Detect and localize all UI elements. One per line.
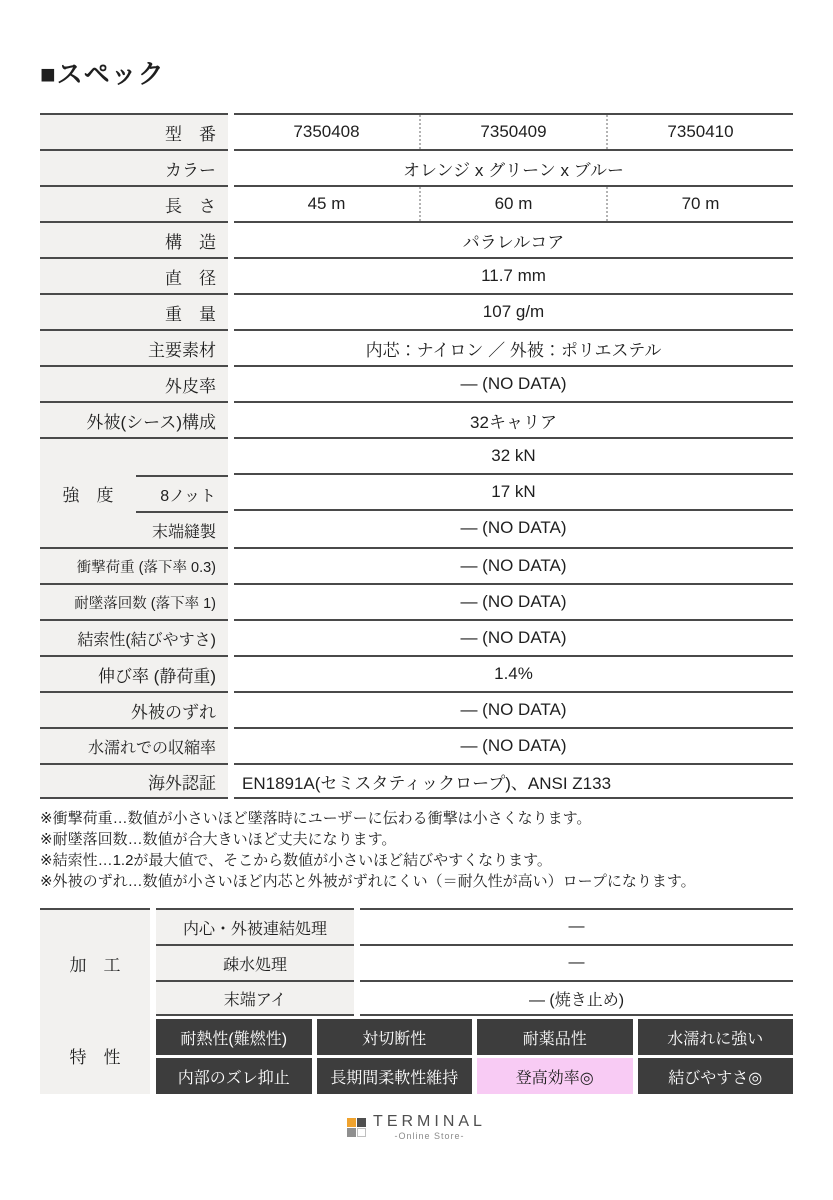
spec-page: ■スペック 型 番 7350408 7350409 7350410 カラー オレ… (0, 0, 833, 1200)
row-value: 11.7 mm (234, 257, 793, 293)
strength-value: 17 kN (234, 473, 793, 509)
feature-chip: 水濡れに強い (638, 1019, 794, 1055)
row-label: 外皮率 (40, 365, 228, 401)
row-value: — (焼き止め) (360, 980, 793, 1016)
footnote-line: ※外被のずれ…数値が小さいほど内芯と外被がずれにくい（＝耐久性が高い）ロープにな… (40, 871, 793, 892)
logo-square-white (357, 1128, 366, 1137)
processing-rows: 内心・外被連結処理 — 疎水処理 — 末端アイ — (焼き止め) (156, 908, 793, 1016)
table-row: 外被のずれ — (NO DATA) (40, 691, 793, 727)
brand-name: TERMINAL (373, 1114, 486, 1130)
row-value: — (360, 944, 793, 980)
row-label: 末端アイ (156, 980, 354, 1016)
table-row: 伸び率 (静荷重) 1.4% (40, 655, 793, 691)
row-label: 強 度 (40, 439, 136, 547)
processing-features-table: 加 工 内心・外被連結処理 — 疎水処理 — 末端アイ — (焼き止め) (40, 908, 793, 1094)
feature-chip: 耐薬品性 (477, 1019, 633, 1055)
spec-table: 型 番 7350408 7350409 7350410 カラー オレンジ x グ… (40, 113, 793, 799)
row-label: 外被のずれ (40, 691, 228, 727)
row-label: 内心・外被連結処理 (156, 908, 354, 944)
features-grid: 耐熱性(難燃性) 対切断性 耐薬品性 水濡れに強い 内部のズレ抑止 長期間柔軟性… (156, 1016, 793, 1094)
row-label: 重 量 (40, 293, 228, 329)
brand-tagline: -Online Store- (373, 1131, 486, 1141)
feature-chip: 耐熱性(難燃性) (156, 1019, 312, 1055)
table-row: カラー オレンジ x グリーン x ブルー (40, 149, 793, 185)
footnote-line: ※耐墜落回数…数値が合大きいほど丈夫になります。 (40, 829, 793, 850)
table-row: 直 径 11.7 mm (40, 257, 793, 293)
table-row: 主要素材 内芯：ナイロン ／ 外被：ポリエステル (40, 329, 793, 365)
row-value: パラレルコア (234, 221, 793, 257)
row-label: 外被(シース)構成 (40, 401, 228, 437)
logo-square-orange (347, 1118, 356, 1127)
footer: TERMINAL -Online Store- (40, 1114, 793, 1141)
table-row: 型 番 7350408 7350409 7350410 (40, 113, 793, 149)
strength-label-block: 強 度 8ノット 末端縫製 (40, 437, 228, 547)
row-value: EN1891A(セミスタティックロープ)、ANSI Z133 (234, 763, 793, 799)
row-values: 45 m 60 m 70 m (234, 185, 793, 221)
feature-chip: 長期間柔軟性維持 (317, 1058, 473, 1094)
table-row: 水濡れでの収縮率 — (NO DATA) (40, 727, 793, 763)
table-row: 長 さ 45 m 60 m 70 m (40, 185, 793, 221)
row-value: — (NO DATA) (234, 547, 793, 583)
row-label: 直 径 (40, 257, 228, 293)
row-label: 耐墜落回数 (落下率 1) (40, 583, 228, 619)
row-label: 型 番 (40, 113, 228, 149)
row-value: — (NO DATA) (234, 583, 793, 619)
footnotes: ※衝撃荷重…数値が小さいほど墜落時にユーザーに伝わる衝撃は小さくなります。 ※耐… (40, 808, 793, 892)
table-row: 構 造 パラレルコア (40, 221, 793, 257)
row-label: 海外認証 (40, 763, 228, 799)
model-number-cell: 7350409 (419, 115, 606, 149)
strength-value: — (NO DATA) (234, 509, 793, 545)
table-row: 外被(シース)構成 32キャリア (40, 401, 793, 437)
row-label: 水濡れでの収縮率 (40, 727, 228, 763)
row-label: カラー (40, 149, 228, 185)
strength-value: 32 kN (234, 437, 793, 473)
row-value: 107 g/m (234, 293, 793, 329)
logo-square-dark (357, 1118, 366, 1127)
processing-section: 加 工 内心・外被連結処理 — 疎水処理 — 末端アイ — (焼き止め) (40, 908, 793, 1016)
feature-chip: 対切断性 (317, 1019, 473, 1055)
table-row: 重 量 107 g/m (40, 293, 793, 329)
table-row: 疎水処理 — (156, 944, 793, 980)
strength-sub-label: 8ノット (136, 475, 228, 511)
row-value: — (NO DATA) (234, 365, 793, 401)
page-title: ■スペック (40, 54, 793, 91)
feature-chip: 結びやすさ◎ (638, 1058, 794, 1094)
row-label: 長 さ (40, 185, 228, 221)
logo-text: TERMINAL -Online Store- (373, 1114, 486, 1141)
row-value: 32キャリア (234, 401, 793, 437)
row-value: — (360, 908, 793, 944)
features-section: 特 性 耐熱性(難燃性) 対切断性 耐薬品性 水濡れに強い 内部のズレ抑止 長期… (40, 1016, 793, 1094)
row-label: 衝撃荷重 (落下率 0.3) (40, 547, 228, 583)
table-row: 衝撃荷重 (落下率 0.3) — (NO DATA) (40, 547, 793, 583)
feature-chip-highlighted: 登高効率◎ (477, 1058, 633, 1094)
table-row: 外皮率 — (NO DATA) (40, 365, 793, 401)
length-cell: 60 m (419, 187, 606, 221)
table-row: 末端アイ — (焼き止め) (156, 980, 793, 1016)
row-values: 7350408 7350409 7350410 (234, 113, 793, 149)
feature-chip: 内部のズレ抑止 (156, 1058, 312, 1094)
row-label: 伸び率 (静荷重) (40, 655, 228, 691)
row-value: — (NO DATA) (234, 619, 793, 655)
processing-label: 加 工 (40, 908, 150, 1016)
footnote-line: ※結索性…1.2が最大値で、そこから数値が小さいほど結びやすくなります。 (40, 850, 793, 871)
length-cell: 45 m (234, 187, 419, 221)
row-label: 結索性(結びやすさ) (40, 619, 228, 655)
strength-values: 32 kN 17 kN — (NO DATA) (234, 437, 793, 547)
table-row: 内心・外被連結処理 — (156, 908, 793, 944)
strength-sub-label (136, 439, 228, 475)
logo-square-gray (347, 1128, 356, 1137)
row-label: 構 造 (40, 221, 228, 257)
row-label: 主要素材 (40, 329, 228, 365)
row-value: 内芯：ナイロン ／ 外被：ポリエステル (234, 329, 793, 365)
footnote-line: ※衝撃荷重…数値が小さいほど墜落時にユーザーに伝わる衝撃は小さくなります。 (40, 808, 793, 829)
row-label: 疎水処理 (156, 944, 354, 980)
table-row: 耐墜落回数 (落下率 1) — (NO DATA) (40, 583, 793, 619)
row-value: — (NO DATA) (234, 727, 793, 763)
row-value: 1.4% (234, 655, 793, 691)
strength-sub-label: 末端縫製 (136, 511, 228, 547)
store-logo: TERMINAL -Online Store- (347, 1114, 486, 1141)
model-number-cell: 7350410 (606, 115, 793, 149)
length-cell: 70 m (606, 187, 793, 221)
row-value: — (NO DATA) (234, 691, 793, 727)
features-label: 特 性 (40, 1016, 150, 1094)
table-row: 海外認証 EN1891A(セミスタティックロープ)、ANSI Z133 (40, 763, 793, 799)
table-row: 結索性(結びやすさ) — (NO DATA) (40, 619, 793, 655)
row-value: オレンジ x グリーン x ブルー (234, 149, 793, 185)
model-number-cell: 7350408 (234, 115, 419, 149)
strength-block: 強 度 8ノット 末端縫製 32 kN 17 kN — (NO DATA) (40, 437, 793, 547)
logo-squares-icon (347, 1118, 366, 1137)
